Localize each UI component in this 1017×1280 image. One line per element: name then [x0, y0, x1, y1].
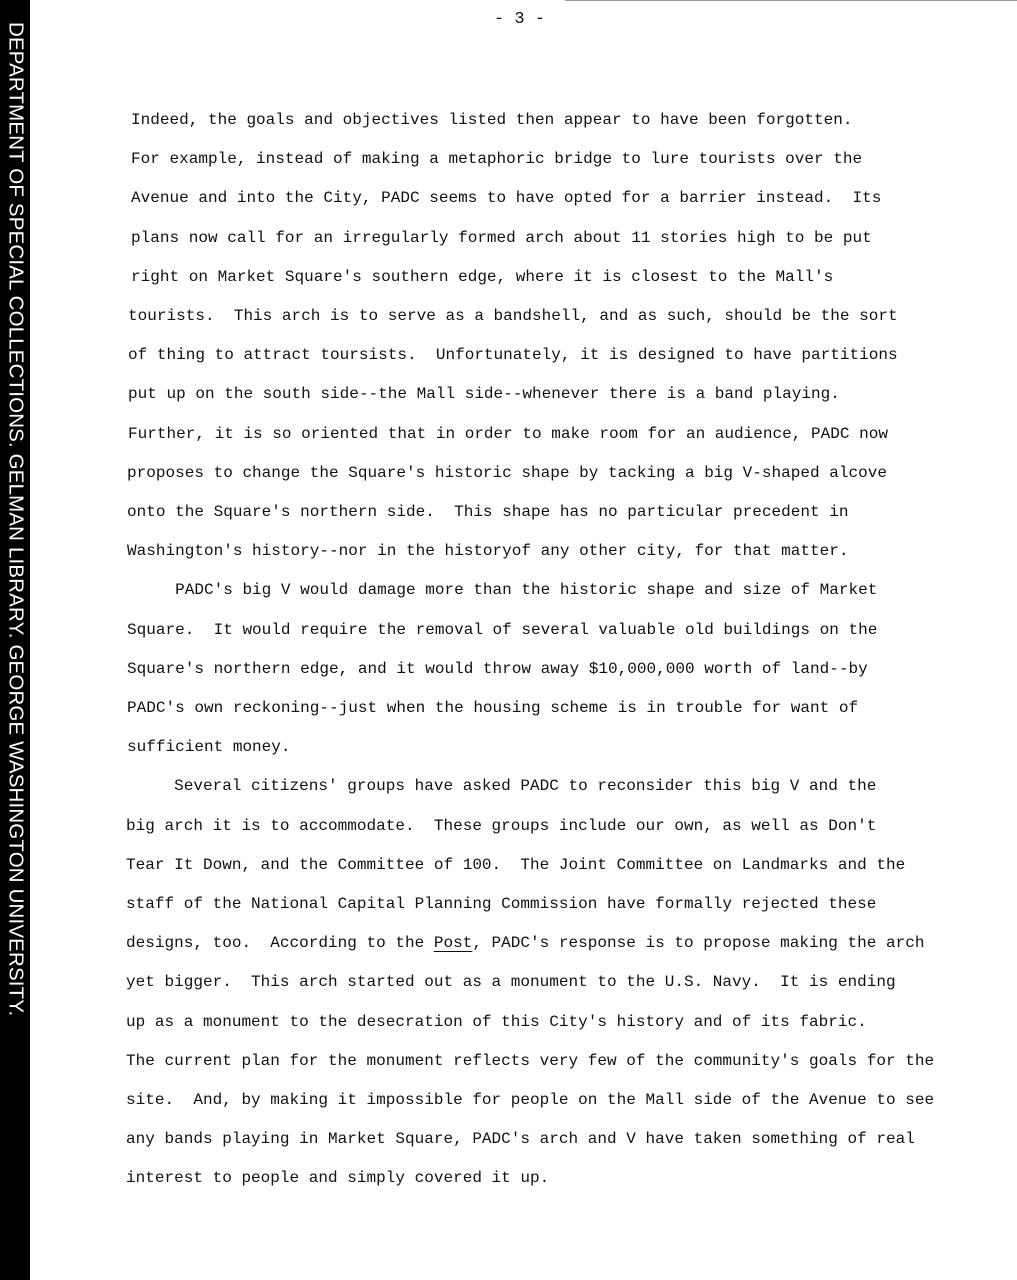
- text-line: Square. It would require the removal of …: [127, 620, 877, 640]
- text-line: proposes to change the Square's historic…: [127, 463, 887, 483]
- archive-side-banner: DEPARTMENT OF SPECIAL COLLECTIONS. GELMA…: [0, 0, 30, 1280]
- text-line: plans now call for an irregularly formed…: [131, 228, 872, 248]
- text-line: For example, instead of making a metapho…: [131, 149, 862, 169]
- text-line: designs, too. According to the Post, PAD…: [126, 933, 924, 953]
- underlined-publication-name: Post: [434, 934, 472, 952]
- page-number: - 3 -: [494, 10, 545, 29]
- text-line: Washington's history--nor in the history…: [127, 541, 848, 561]
- text-line: Square's northern edge, and it would thr…: [127, 659, 868, 679]
- text-line: Tear It Down, and the Committee of 100. …: [126, 855, 905, 875]
- text-line: Several citizens' groups have asked PADC…: [126, 776, 876, 796]
- text-run: , PADC's response is to propose making t…: [472, 934, 924, 952]
- text-line: up as a monument to the desecration of t…: [126, 1012, 867, 1032]
- text-line: The current plan for the monument reflec…: [126, 1051, 934, 1071]
- text-line: onto the Square's northern side. This sh…: [127, 502, 848, 522]
- text-line: site. And, by making it impossible for p…: [126, 1090, 934, 1110]
- text-run: designs, too. According to the: [126, 934, 434, 952]
- text-line: right on Market Square's southern edge, …: [131, 267, 833, 287]
- text-line: Indeed, the goals and objectives listed …: [131, 110, 852, 130]
- archive-credit-text: DEPARTMENT OF SPECIAL COLLECTIONS. GELMA…: [5, 22, 26, 1016]
- text-line: put up on the south side--the Mall side-…: [128, 384, 840, 404]
- text-line: sufficient money.: [127, 737, 291, 757]
- text-line: yet bigger. This arch started out as a m…: [126, 972, 896, 992]
- text-line: staff of the National Capital Planning C…: [126, 894, 876, 914]
- text-line: interest to people and simply covered it…: [126, 1168, 549, 1188]
- text-line: tourists. This arch is to serve as a ban…: [128, 306, 898, 326]
- text-line: of thing to attract toursists. Unfortuna…: [128, 345, 898, 365]
- text-line: Further, it is so oriented that in order…: [128, 424, 888, 444]
- text-line: PADC's own reckoning--just when the hous…: [127, 698, 858, 718]
- scan-edge-rule: [565, 0, 1017, 1]
- text-line: Avenue and into the City, PADC seems to …: [131, 188, 881, 208]
- text-line: big arch it is to accommodate. These gro…: [126, 816, 876, 836]
- text-line: any bands playing in Market Square, PADC…: [126, 1129, 915, 1149]
- text-line: PADC's big V would damage more than the …: [127, 580, 877, 600]
